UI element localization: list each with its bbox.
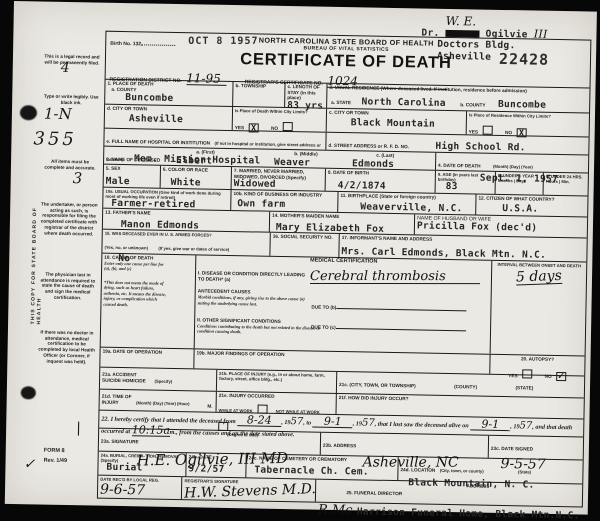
birth-no: Birth No. 132 [110, 37, 175, 48]
burial-date-value: 9/2/57 [188, 464, 243, 475]
pencil-mark-check: ✓ [23, 456, 35, 472]
armed-forces-label: 15. WAS DECEASED EVER IN U. S. ARMED FOR… [105, 231, 268, 239]
residence-city-label: c. CITY OR TOWN [329, 110, 464, 118]
residence-state-value: North Carolina [361, 96, 445, 109]
attended-to-value: 9-1 [313, 416, 353, 429]
mother-label: 14. MOTHER'S MAIDEN NAME [272, 213, 412, 221]
birthplace-label: 11. BIRTHPLACE (State or foreign country… [340, 193, 473, 201]
residence-limits-yes-checkbox [482, 126, 492, 135]
injury-state-label: (STATE) [515, 385, 533, 390]
registrar-signature: H.W. Stevens M.D. [184, 482, 313, 500]
township-label: b. TOWNSHIP [235, 83, 282, 90]
hole-punch-top [20, 105, 37, 120]
attended-from-value: 8-24 [237, 414, 281, 427]
time-m-label: M. [207, 404, 212, 410]
attended-from-year: 57 [290, 416, 303, 427]
funeral-director-label: 25. FUNERAL DIRECTOR [346, 490, 402, 496]
race-value: White [171, 178, 229, 189]
place-of-injury-label: 21b. PLACE OF INJURY (e.g., in or about … [219, 371, 334, 383]
residence-limits-label: Is Place of Residence Within City Limits… [469, 112, 587, 119]
cemetery-label: 24c. NAME OF CEMETERY OR CREMATORY [249, 455, 396, 463]
certificate-form: Birth No. 132 OCT 8 1957 NORTH CAROLINA … [97, 31, 591, 508]
interval-label: INTERVAL BETWEEN ONSET AND DEATH [494, 262, 584, 269]
injury-city-label: 21c. (CITY, TOWN, OR TOWNSHIP) [339, 382, 416, 388]
cemetery-value: Tabernacle Ch. Cem. [254, 465, 395, 477]
under24-cols: Hours | Min. [546, 179, 586, 185]
length-of-stay-label: c. LENGTH OF STAY (in this place) [287, 84, 324, 102]
date-of-death-cols: (Month) (Day) (Year) [493, 164, 533, 170]
usual-residence-label: 2. USUAL RESIDENCE (Where deceased lived… [329, 85, 587, 95]
statement-number: 22. [101, 416, 109, 423]
pencil-mark-1n: 1-N [44, 105, 72, 124]
funeral-director-address-label: ADDRESS [466, 483, 489, 489]
autopsy-label: 20. AUTOPSY? [492, 356, 582, 363]
statement-text-6: , 19 [510, 423, 519, 430]
dob-label: 8. DATE OF BIRTH [328, 170, 433, 178]
last-alive-year: 57 [519, 420, 532, 431]
due-to-c-label: DUE TO (c) [311, 324, 336, 329]
certificate-paper: THIS COPY FOR STATE BOARD OF HEALTH This… [5, 1, 597, 515]
hospital-label: e. FULL NAME OF HOSPITAL OR INSTITUTION [106, 139, 210, 146]
funeral-director-handwritten: R.Mc [318, 503, 353, 519]
doctor-address-block: W. E. Dr. Ogilvie III Doctors Bldg. Ashe… [422, 14, 592, 17]
pencil-mark-3: 3 [73, 169, 83, 187]
time-of-injury-label: 21d. TIME OF INJURY [102, 394, 132, 406]
operation-date-label: 19a. DATE OF OPERATION [103, 349, 192, 356]
doctor-initials-handwritten: W. E. [446, 15, 477, 28]
sex-label: 5. SEX [106, 166, 158, 173]
injury-county-label: (COUNTY) [454, 384, 477, 389]
father-label: 13. FATHER'S NAME [105, 210, 267, 219]
margin-note-undertaker: The undertaker, or person acting as such… [40, 202, 99, 237]
pencil-mark-355: 355 [33, 128, 77, 150]
margin-note-legal: This is a legal record and will be perma… [43, 54, 101, 67]
under1-cols: Months | Days [498, 178, 541, 184]
citizen-label: 12. CITIZEN OF WHAT COUNTRY? [478, 196, 585, 204]
how-injury-label: 21f. HOW DID INJURY OCCUR? [339, 395, 582, 405]
location-cols: (City, town, or county) [440, 468, 484, 474]
operation-findings-label: 19b. MAJOR FINDINGS OF OPERATION [197, 350, 488, 361]
statement-text-4: , 19 [353, 420, 362, 427]
date-of-death-label: 4. DATE OF DEATH [438, 163, 481, 169]
location-state-col: (State) [518, 469, 531, 474]
death-limits-label: Is Place of Death Within City Limits? [235, 108, 324, 115]
residence-county-value: Buncombe [498, 99, 546, 111]
due-to-b-label: DUE TO (b) [311, 305, 336, 310]
name-label: 3. NAME OF DECEASED [106, 157, 160, 163]
margin-note-no-doctor: If there was no doctor in attendance, me… [37, 329, 96, 364]
pencil-mark-4: 4 [61, 60, 70, 76]
residence-state-label: a. STATE [331, 99, 351, 104]
antecedent-note: Morbid conditions, if any, giving rise t… [197, 295, 307, 308]
date-signed-label: 23c. DATE SIGNED [491, 446, 533, 452]
citizen-value: U.S.A. [502, 204, 585, 215]
statement-text-1: I hereby certify that I attended the dec… [111, 416, 236, 425]
funeral-director-value: Harrison Funeral Home, Black Mtn.N.C. [357, 506, 580, 521]
margin-note-physician: The physician last in attendance is requ… [39, 272, 98, 302]
statement-text-2: , 19 [281, 419, 290, 426]
residence-county-label: b. COUNTY [460, 102, 485, 107]
time-of-injury-cols: (Month) (Day) (Year) (Hour) [136, 400, 190, 406]
cause-footnote: *This does not mean the mode of dying, s… [103, 279, 169, 308]
business-value: Own farm [237, 199, 335, 210]
race-label: 6. COLOR OR RACE [163, 167, 229, 174]
street-label: d. STREET ADDRESS or R. F. D. NO. [328, 143, 409, 149]
accident-label: 21a. ACCIDENT SUICIDE HOMICIDE [102, 372, 150, 384]
cause-note: Enter only one cause per line for (a), (… [104, 260, 164, 272]
injury-occurred-label: 21e. INJURY OCCURRED [219, 393, 334, 401]
pencil-mark-stroke: | [76, 420, 81, 436]
form-number: FORM 8 [44, 448, 65, 454]
degree-label: (Degree or title) [227, 432, 258, 438]
location-label: 24d. LOCATION [400, 467, 435, 473]
date-received-value: 9-6-57 [100, 483, 180, 498]
scanned-death-certificate: { "margin": { "vertical_text": "THIS COP… [0, 0, 600, 521]
statement-text-3: , to [303, 419, 311, 426]
attended-to-year: 57 [362, 417, 375, 428]
death-limits-no-checkbox [282, 122, 292, 131]
armed-forces-note1: (Yes, no, or unknown) [104, 245, 148, 251]
county-value: Buncombe [125, 93, 230, 104]
burial-value: Burial [106, 463, 183, 474]
dob-value: 4/2/1874 [338, 181, 433, 192]
city-label: d. CITY OR TOWN [107, 106, 230, 114]
spouse-value: Pricilla Fox (dec'd) [417, 222, 585, 235]
due-to-c-line: DUE TO (c) [311, 316, 487, 337]
statement-text-5: , that I last saw the deceased alive on [375, 421, 469, 430]
armed-forces-note2: (If yes, give war or dates of service) [158, 246, 229, 252]
sex-value: Male [106, 176, 158, 186]
signature-label: 23a. SIGNATURE [101, 439, 139, 445]
due-to-b-line: DUE TO (b) [311, 296, 487, 317]
burial-date-label: 24b. DATE [189, 454, 244, 461]
informant-label: 17. INFORMANT'S NAME AND ADDRESS [342, 235, 585, 245]
residence-city-value: Black Mountain [351, 118, 464, 130]
row-cause-of-death: 18. CAUSE OF DEATH Enter only one cause … [101, 253, 587, 356]
hole-punch-bottom [21, 386, 36, 399]
accident-specify: (Specify) [154, 379, 172, 384]
title-block: NORTH CAROLINA STATE BOARD OF HEALTH BUR… [196, 34, 497, 73]
last-alive-value: 9-1 [470, 418, 510, 431]
age-value: 83 [446, 182, 493, 192]
ssn-label: 16. SOCIAL SECURITY NO. [273, 234, 337, 241]
form-revision: Rev. 1/49 [44, 458, 68, 464]
margin-note-complete: All items must be complete and accurate. [41, 159, 99, 172]
disease-label: I. DISEASE OR CONDITION DIRECTLY LEADING… [198, 271, 306, 284]
city-value: Asheville [129, 114, 230, 125]
disease-value: Cerebral thrombosis [310, 270, 480, 284]
address-label: 23b. ADDRESS [323, 443, 357, 449]
interval-value: 5 days [516, 269, 562, 286]
